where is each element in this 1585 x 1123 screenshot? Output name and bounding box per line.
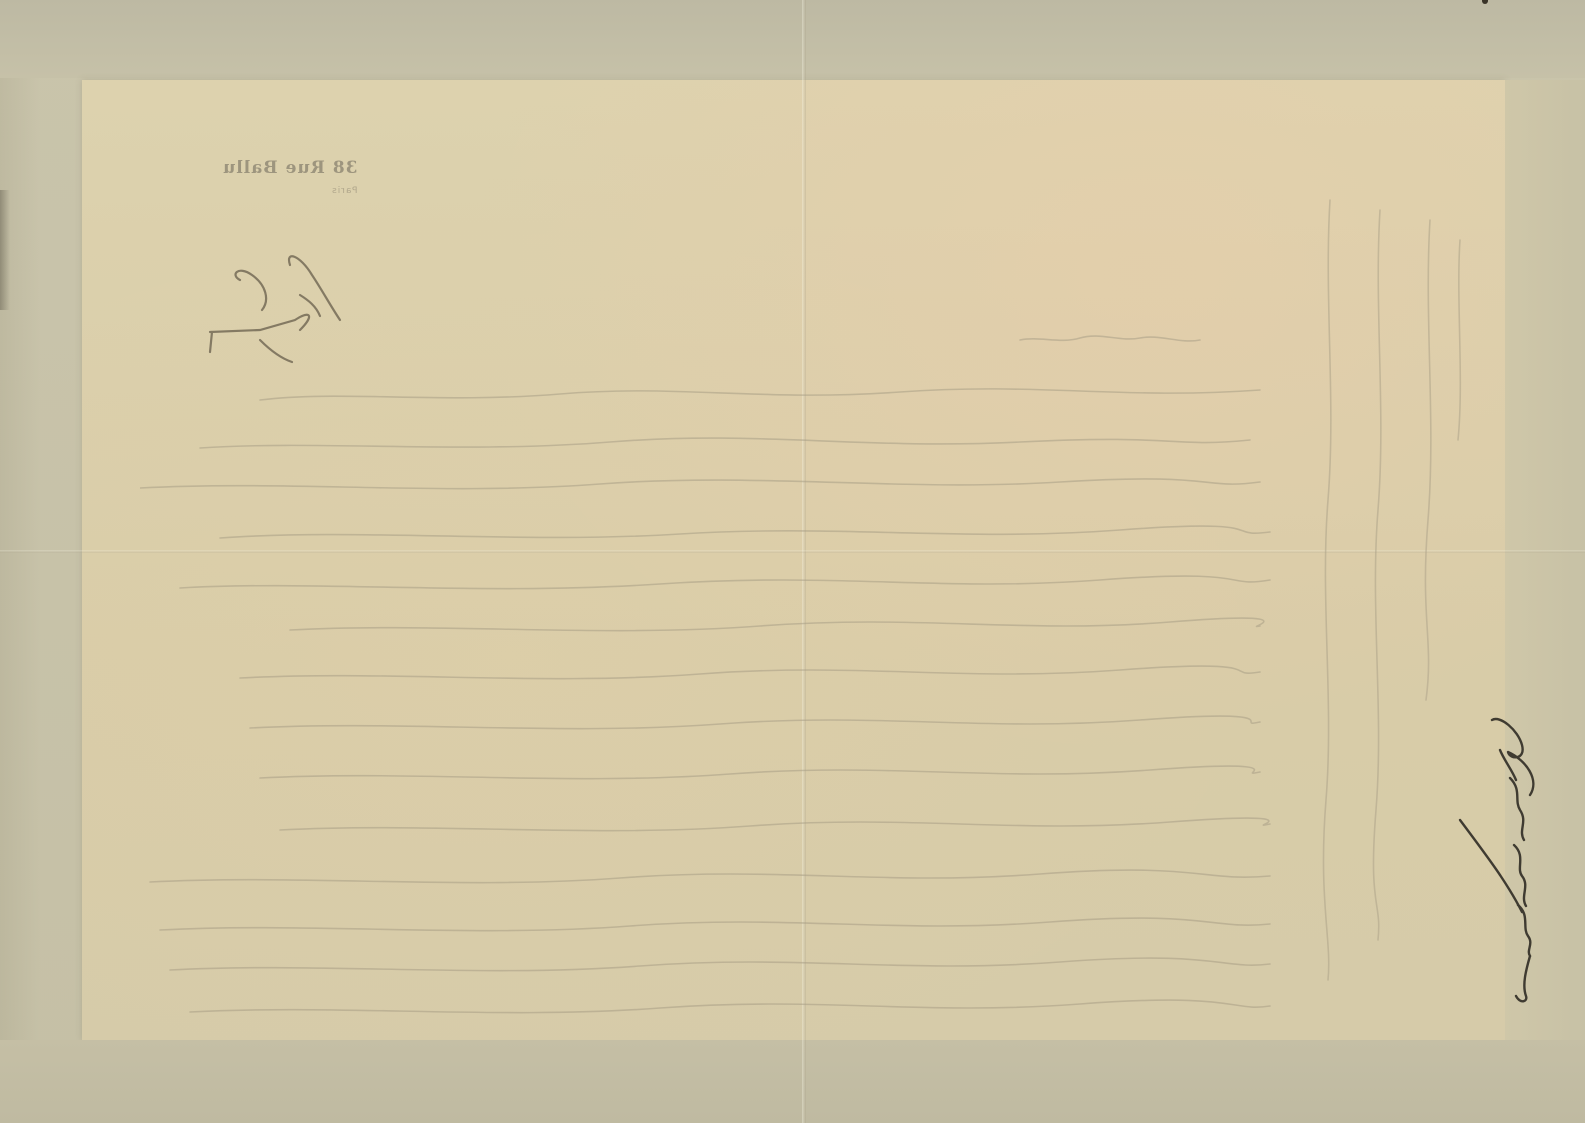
letterhead-address: 38 Rue Ballu [222,158,357,178]
letterhead-mirrored: 38 Rue Ballu Paris [222,158,357,196]
signature-text: Boulanger [1470,691,1521,1011]
mat-border-bottom [0,1040,1585,1123]
mat-border-top [0,0,1585,78]
scanned-letter: 38 Rue Ballu Paris [0,0,1585,1123]
letterhead-city: Paris [222,186,357,196]
edge-shadow [0,190,10,310]
bleed-through-handwriting [140,330,1280,1030]
